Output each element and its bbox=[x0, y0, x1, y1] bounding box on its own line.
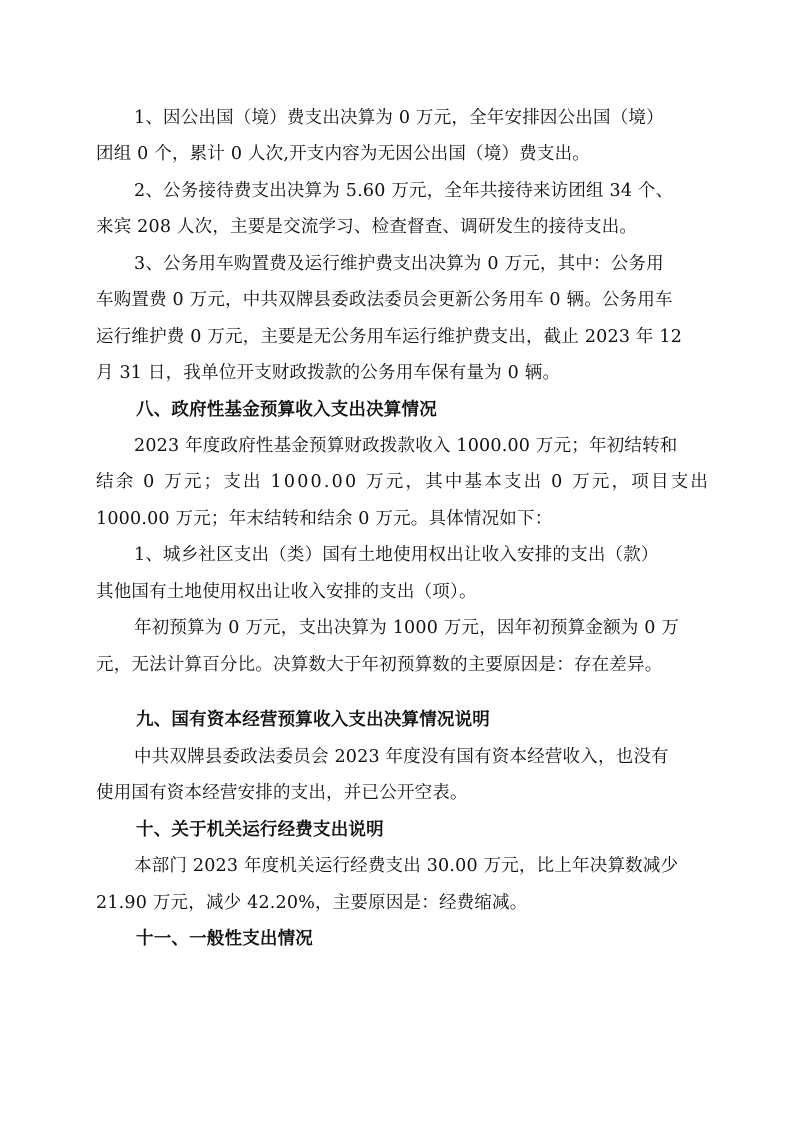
paragraph-line: 3、公务用车购置费及运行维护费支出决算为 0 万元，其中：公务用 bbox=[134, 250, 664, 278]
paragraph-line: 结余 0 万元；支出 1000.00 万元，其中基本支出 0 万元，项目支出 bbox=[96, 468, 710, 496]
paragraph-line: 2、公务接待费支出决算为 5.60 万元，全年共接待来访团组 34 个、 bbox=[134, 177, 673, 205]
section-heading-10: 十、关于机关运行经费支出说明 bbox=[136, 816, 384, 844]
paragraph-line: 1000.00 万元；年末结转和结余 0 万元。具体情况如下： bbox=[96, 505, 552, 533]
paragraph-line: 月 31 日，我单位开支财政拨款的公务用车保有量为 0 辆。 bbox=[96, 359, 560, 387]
section-heading-11: 十一、一般性支出情况 bbox=[136, 925, 313, 953]
paragraph-line: 运行维护费 0 万元，主要是无公务用车运行维护费支出，截止 2023 年 12 bbox=[96, 323, 682, 351]
section-heading-8: 八、政府性基金预算收入支出决算情况 bbox=[136, 396, 437, 424]
paragraph-line: 本部门 2023 年度机关运行经费支出 30.00 万元，比上年决算数减少 bbox=[134, 852, 678, 880]
paragraph-line: 团组 0 个，累计 0 人次,开支内容为无因公出国（境）费支出。 bbox=[96, 140, 590, 168]
paragraph-line: 车购置费 0 万元，中共双牌县委政法委员会更新公务用车 0 辆。公务用车 bbox=[96, 286, 673, 314]
paragraph-line: 中共双牌县委政法委员会 2023 年度没有国有资本经营收入，也没有 bbox=[134, 743, 669, 771]
section-heading-9: 九、国有资本经营预算收入支出决算情况说明 bbox=[136, 706, 490, 734]
paragraph-line: 元，无法计算百分比。决算数大于年初预算数的主要原因是：存在差异。 bbox=[96, 651, 662, 679]
paragraph-line: 年初预算为 0 万元，支出决算为 1000 万元，因年初预算金额为 0 万 bbox=[134, 614, 679, 642]
paragraph-line: 1、因公出国（境）费支出决算为 0 万元，全年安排因公出国（境） bbox=[134, 104, 664, 132]
paragraph-line: 来宾 208 人次，主要是交流学习、检查督查、调研发生的接待支出。 bbox=[96, 213, 637, 241]
paragraph-line: 2023 年度政府性基金预算财政拨款收入 1000.00 万元；年初结转和 bbox=[134, 432, 678, 460]
paragraph-line: 其他国有土地使用权出让收入安排的支出（项）。 bbox=[96, 578, 477, 606]
paragraph-line: 使用国有资本经营安排的支出，并已公开空表。 bbox=[96, 779, 468, 807]
paragraph-line: 21.90 万元，减少 42.20%，主要原因是：经费缩减。 bbox=[96, 889, 527, 917]
paragraph-line: 1、城乡社区支出（类）国有土地使用权出让收入安排的支出（款） bbox=[134, 541, 659, 569]
